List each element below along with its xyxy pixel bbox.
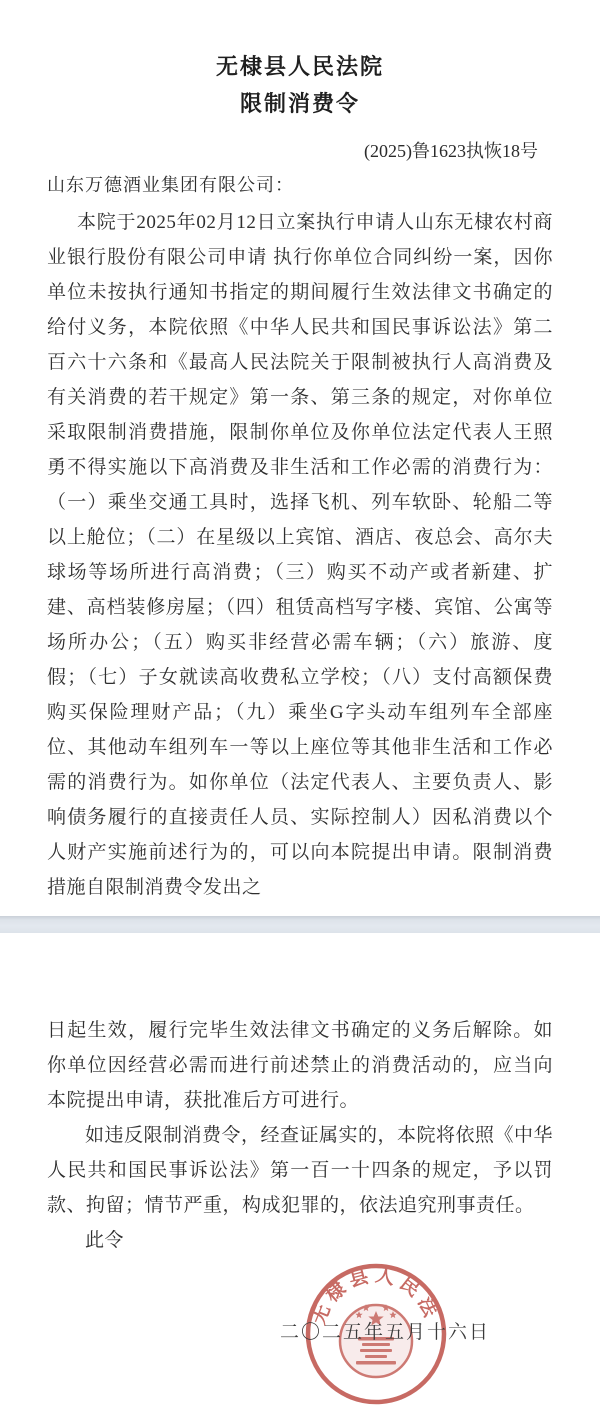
page2-body: 日起生效，履行完毕生效法律文书确定的义务后解除。如你单位因经营必需而进行前述禁止…: [47, 1013, 553, 1258]
closing-phrase: 此令: [47, 1223, 553, 1258]
issue-date: 二〇二五年五月十六日: [280, 1317, 490, 1344]
document-page: 无棣县人民法院 限制消费令 (2025)鲁1623执恢18号 山东万德酒业集团有…: [0, 0, 600, 1409]
case-number: (2025)鲁1623执恢18号: [364, 137, 538, 163]
document-title: 限制消费令: [0, 87, 600, 118]
page2-penalty-paragraph: 如违反限制消费令，经查证属实的，本院将依照《中华人民共和国民事诉讼法》第一百一十…: [47, 1118, 553, 1223]
page1-body-paragraph: 本院于2025年02月12日立案执行申请人山东无棣农村商业银行股份有限公司申请 …: [47, 205, 553, 905]
page2-paragraph-continuation: 日起生效，履行完毕生效法律文书确定的义务后解除。如你单位因经营必需而进行前述禁止…: [47, 1013, 553, 1118]
addressee-line: 山东万德酒业集团有限公司：: [47, 171, 294, 197]
court-name-heading: 无棣县人民法院: [0, 50, 600, 81]
page-separator-bar: [0, 916, 600, 933]
